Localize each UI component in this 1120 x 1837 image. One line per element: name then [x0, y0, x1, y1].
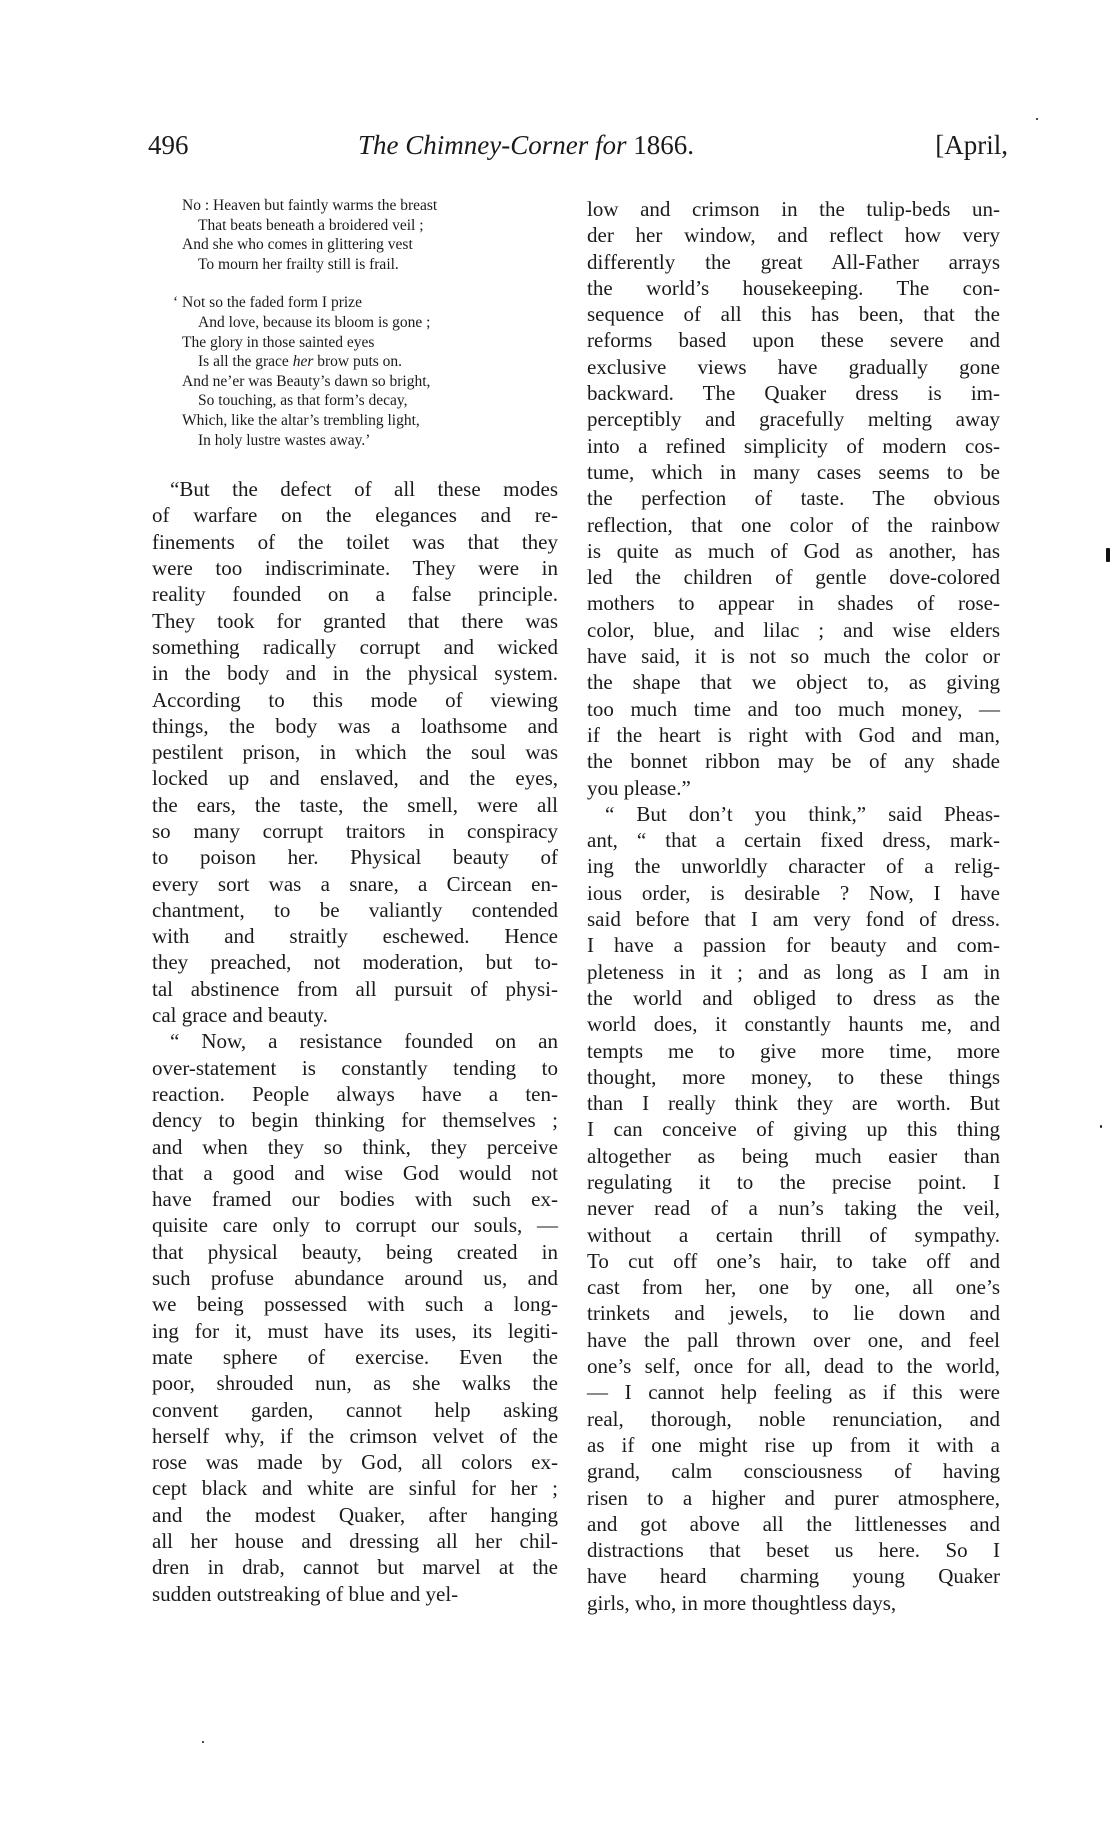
- paragraph: “ Now, a resistance founded on anover-st…: [152, 1028, 558, 1607]
- text-line: differently the great All-Father arrays: [587, 249, 1000, 275]
- poem-emphasis: her: [293, 353, 314, 370]
- text-line: regulating it to the precise point. I: [587, 1169, 1000, 1195]
- poem-line-text: Is all the grace: [198, 353, 293, 370]
- poem-line: Which, like the altar’s trembling light,: [182, 411, 558, 431]
- text-line: finements of the toilet was that they: [152, 529, 558, 555]
- text-line: to poison her. Physical beauty of: [152, 844, 558, 870]
- text-line: the ears, the taste, the smell, were all: [152, 792, 558, 818]
- text-line: girls, who, in more thoughtless days,: [587, 1590, 1000, 1616]
- right-column-prose: low and crimson in the tulip-beds un-der…: [587, 196, 1000, 1616]
- text-line: have framed our bodies with such ex-: [152, 1186, 558, 1212]
- text-line: grand, calm consciousness of having: [587, 1458, 1000, 1484]
- text-line: low and crimson in the tulip-beds un-: [587, 196, 1000, 222]
- text-line: if the heart is right with God and man,: [587, 722, 1000, 748]
- text-line: into a refined simplicity of modern cos-: [587, 433, 1000, 459]
- text-line: mate sphere of exercise. Even the: [152, 1344, 558, 1370]
- text-line: backward. The Quaker dress is im-: [587, 380, 1000, 406]
- poem-stanza: ‘ Not so the faded form I prizeAnd love,…: [182, 293, 558, 450]
- text-line: altogether as being much easier than: [587, 1143, 1000, 1169]
- text-line: cept black and white are sinful for her …: [152, 1475, 558, 1501]
- text-line: dren in drab, cannot but marvel at the: [152, 1554, 558, 1580]
- text-line: led the children of gentle dove-colored: [587, 564, 1000, 590]
- text-line: of warfare on the elegances and re-: [152, 502, 558, 528]
- page-number: 496: [148, 130, 189, 161]
- text-line: that a good and wise God would not: [152, 1160, 558, 1186]
- text-line: in the body and in the physical system.: [152, 660, 558, 686]
- poem-stanza: No : Heaven but faintly warms the breast…: [182, 196, 558, 274]
- text-line: der her window, and reflect how very: [587, 222, 1000, 248]
- text-line: never read of a nun’s taking the veil,: [587, 1195, 1000, 1221]
- text-line: with and straitly eschewed. Hence: [152, 923, 558, 949]
- text-line: ious order, is desirable ? Now, I have: [587, 880, 1000, 906]
- text-line: rose was made by God, all colors ex-: [152, 1449, 558, 1475]
- text-line: you please.”: [587, 775, 1000, 801]
- text-line: reality founded on a false principle.: [152, 581, 558, 607]
- text-line: reflection, that one color of the rainbo…: [587, 512, 1000, 538]
- text-line: something radically corrupt and wicked: [152, 634, 558, 660]
- text-line: so many corrupt traitors in conspiracy: [152, 818, 558, 844]
- text-line: risen to a higher and purer atmosphere,: [587, 1485, 1000, 1511]
- text-line: the world’s housekeeping. The con-: [587, 275, 1000, 301]
- text-line: reaction. People always have a ten-: [152, 1081, 558, 1107]
- text-line: things, the body was a loathsome and: [152, 713, 558, 739]
- text-line: convent garden, cannot help asking: [152, 1397, 558, 1423]
- margin-ink-mark: [1106, 548, 1110, 562]
- text-line: To cut off one’s hair, to take off and: [587, 1248, 1000, 1274]
- margin-ink-speck: [1100, 1125, 1102, 1128]
- text-line: color, blue, and lilac ; and wise elders: [587, 617, 1000, 643]
- text-line: every sort was a snare, a Circean en-: [152, 871, 558, 897]
- text-line: that physical beauty, being created in: [152, 1239, 558, 1265]
- text-line: such profuse abundance around us, and: [152, 1265, 558, 1291]
- text-line: locked up and enslaved, and the eyes,: [152, 765, 558, 791]
- text-line: “ Now, a resistance founded on an: [152, 1028, 558, 1054]
- text-line: quisite care only to corrupt our souls, …: [152, 1212, 558, 1238]
- text-line: ing for it, must have its uses, its legi…: [152, 1318, 558, 1344]
- text-line: They took for granted that there was: [152, 608, 558, 634]
- text-line: reforms based upon these severe and: [587, 327, 1000, 353]
- poem-line: No : Heaven but faintly warms the breast: [182, 196, 558, 216]
- margin-ink-speck: [1036, 118, 1038, 120]
- text-line: “ But don’t you think,” said Pheas-: [587, 801, 1000, 827]
- right-column: low and crimson in the tulip-beds un-der…: [587, 196, 1000, 1616]
- text-line: ant, “ that a certain fixed dress, mark-: [587, 827, 1000, 853]
- text-line: have heard charming young Quaker: [587, 1563, 1000, 1589]
- text-line: herself why, if the crimson velvet of th…: [152, 1423, 558, 1449]
- text-line: sequence of all this has been, that the: [587, 301, 1000, 327]
- text-line: without a certain thrill of sympathy.: [587, 1222, 1000, 1248]
- journal-year: 1866.: [633, 130, 694, 160]
- text-line: distractions that beset us here. So I: [587, 1537, 1000, 1563]
- text-line: one’s self, once for all, dead to the wo…: [587, 1353, 1000, 1379]
- text-line: too much time and too much money, —: [587, 696, 1000, 722]
- text-line: exclusive views have gradually gone: [587, 354, 1000, 380]
- text-line: the world and obliged to dress as the: [587, 985, 1000, 1011]
- text-line: I can conceive of giving up this thing: [587, 1116, 1000, 1142]
- text-line: than I really think they are worth. But: [587, 1090, 1000, 1116]
- text-line: I have a passion for beauty and com-: [587, 932, 1000, 958]
- text-line: “But the defect of all these modes: [152, 476, 558, 502]
- poem-line: And she who comes in glittering vest: [182, 235, 558, 255]
- poem-line: ‘ Not so the faded form I prize: [173, 293, 558, 313]
- poem-line: And ne’er was Beauty’s dawn so bright,: [182, 372, 558, 392]
- text-line: — I cannot help feeling as if this were: [587, 1379, 1000, 1405]
- text-line: poor, shrouded nun, as she walks the: [152, 1370, 558, 1396]
- text-line: and the modest Quaker, after hanging: [152, 1502, 558, 1528]
- text-line: were too indiscriminate. They were in: [152, 555, 558, 581]
- text-line: the perfection of taste. The obvious: [587, 485, 1000, 511]
- text-line: they preached, not moderation, but to-: [152, 949, 558, 975]
- text-line: we being possessed with such a long-: [152, 1291, 558, 1317]
- text-line: tal abstinence from all pursuit of physi…: [152, 976, 558, 1002]
- text-line: the shape that we object to, as giving: [587, 669, 1000, 695]
- text-line: tempts me to give more time, more: [587, 1038, 1000, 1064]
- journal-title: The Chimney-Corner for: [358, 130, 626, 160]
- text-line: over-statement is constantly tending to: [152, 1055, 558, 1081]
- running-header: 496 The Chimney-Corner for 1866. [April,: [148, 130, 1008, 170]
- text-line: as if one might rise up from it with a: [587, 1432, 1000, 1458]
- text-line: pleteness in it ; and as long as I am in: [587, 959, 1000, 985]
- poem-line-text: brow puts on.: [313, 353, 402, 370]
- poem-line: The glory in those sainted eyes: [182, 333, 558, 353]
- text-line: perceptibly and gracefully melting away: [587, 406, 1000, 432]
- text-line: sudden outstreaking of blue and yel-: [152, 1581, 558, 1607]
- text-line: and when they so think, they perceive: [152, 1134, 558, 1160]
- text-line: According to this mode of viewing: [152, 687, 558, 713]
- left-column: No : Heaven but faintly warms the breast…: [152, 196, 558, 1607]
- paragraph: low and crimson in the tulip-beds un-der…: [587, 196, 1000, 801]
- text-line: trinkets and jewels, to lie down and: [587, 1300, 1000, 1326]
- text-line: world does, it constantly haunts me, and: [587, 1011, 1000, 1037]
- poem-line: And love, because its bloom is gone ;: [182, 313, 558, 333]
- poem-line: To mourn her frailty still is frail.: [182, 255, 558, 275]
- poem-line: Is all the grace her brow puts on.: [182, 352, 558, 372]
- running-title: The Chimney-Corner for 1866.: [358, 130, 694, 161]
- text-line: all her house and dressing all her chil-: [152, 1528, 558, 1554]
- text-line: pestilent prison, in which the soul was: [152, 739, 558, 765]
- text-line: ing the unworldly character of a relig-: [587, 853, 1000, 879]
- text-line: and got above all the littlenesses and: [587, 1511, 1000, 1537]
- poem-line: In holy lustre wastes away.’: [182, 431, 558, 451]
- text-line: is quite as much of God as another, has: [587, 538, 1000, 564]
- text-line: have said, it is not so much the color o…: [587, 643, 1000, 669]
- text-line: chantment, to be valiantly contended: [152, 897, 558, 923]
- text-line: real, thorough, noble renunciation, and: [587, 1406, 1000, 1432]
- text-line: thought, more money, to these things: [587, 1064, 1000, 1090]
- text-line: dency to begin thinking for themselves ;: [152, 1107, 558, 1133]
- margin-ink-speck: [202, 1741, 204, 1743]
- paragraph: “ But don’t you think,” said Pheas-ant, …: [587, 801, 1000, 1616]
- poem-line: That beats beneath a broidered veil ;: [182, 216, 558, 236]
- text-line: cal grace and beauty.: [152, 1002, 558, 1028]
- text-line: said before that I am very fond of dress…: [587, 906, 1000, 932]
- text-line: cast from her, one by one, all one’s: [587, 1274, 1000, 1300]
- paragraph: “But the defect of all these modesof war…: [152, 476, 558, 1028]
- text-line: mothers to appear in shades of rose-: [587, 590, 1000, 616]
- text-line: the bonnet ribbon may be of any shade: [587, 748, 1000, 774]
- left-column-prose: “But the defect of all these modesof war…: [152, 476, 558, 1607]
- poem-line: So touching, as that form’s decay,: [182, 391, 558, 411]
- text-line: tume, which in many cases seems to be: [587, 459, 1000, 485]
- issue-month: [April,: [935, 130, 1008, 161]
- text-line: have the pall thrown over one, and feel: [587, 1327, 1000, 1353]
- verse-quotation: No : Heaven but faintly warms the breast…: [182, 196, 558, 450]
